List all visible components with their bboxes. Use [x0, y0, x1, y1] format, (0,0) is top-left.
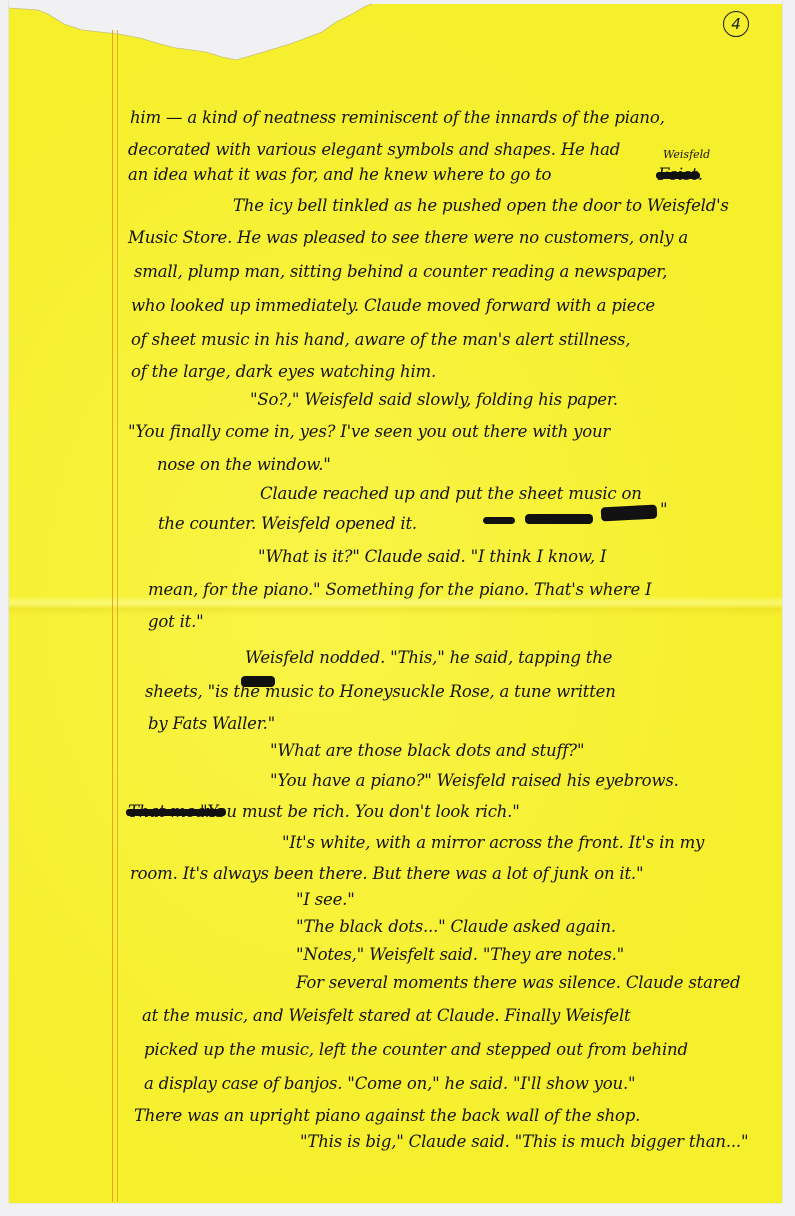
manuscript-line: "I see."	[296, 890, 355, 909]
manuscript-line: Weisfeld nodded. "This," he said, tappin…	[245, 648, 612, 667]
manuscript-line: "What is it?" Claude said. "I think I kn…	[258, 547, 606, 566]
manuscript-line: room. It's always been there. But there …	[130, 864, 643, 883]
insertion-above-line: Weisfeld	[663, 148, 710, 161]
manuscript-line: "So?," Weisfeld said slowly, folding his…	[250, 390, 618, 409]
manuscript-line: by Fats Waller."	[148, 714, 275, 733]
manuscript-line: "Notes," Weisfelt said. "They are notes.…	[296, 945, 624, 964]
manuscript-line: mean, for the piano." Something for the …	[148, 580, 651, 599]
struck-word: Feist.	[658, 165, 703, 184]
closing-quote: "	[660, 500, 667, 519]
struck-text: Feist	[658, 165, 698, 184]
manuscript-line: at the music, and Weisfelt stared at Cla…	[142, 1006, 630, 1025]
struck-text: That means	[128, 802, 224, 821]
manuscript-line: The icy bell tinkled as he pushed open t…	[233, 196, 729, 215]
manuscript-line: "What are those black dots and stuff?"	[270, 741, 584, 760]
manuscript-line: "The black dots..." Claude asked again.	[296, 917, 616, 936]
manuscript-line: sheets, "is the music to Honeysuckle Ros…	[145, 682, 616, 701]
manuscript-line: who looked up immediately. Claude moved …	[131, 296, 655, 315]
manuscript-line: small, plump man, sitting behind a count…	[134, 262, 667, 281]
manuscript-line: Music Store. He was pleased to see there…	[128, 228, 688, 247]
manuscript-line: "This is big," Claude said. "This is muc…	[300, 1132, 748, 1151]
struck-phrase: That means	[128, 802, 224, 821]
scribble-out-2	[525, 514, 593, 524]
scribble-out-1	[483, 517, 515, 524]
manuscript-line: of sheet music in his hand, aware of the…	[131, 330, 630, 349]
manuscript-line: "You finally come in, yes? I've seen you…	[128, 422, 610, 441]
manuscript-line: picked up the music, left the counter an…	[144, 1040, 688, 1059]
manuscript-line: got it."	[148, 612, 204, 631]
manuscript-line: nose on the window."	[157, 455, 331, 474]
manuscript-line: of the large, dark eyes watching him.	[131, 362, 436, 381]
scribble-out-sheet	[241, 676, 275, 687]
manuscript-line: an idea what it was for, and he knew whe…	[128, 165, 551, 184]
scribble-out-3	[601, 505, 658, 522]
page-number-circled: 4	[723, 11, 749, 37]
manuscript-line: "You must be rich. You don't look rich."	[200, 802, 520, 821]
manuscript-line: There was an upright piano against the b…	[134, 1106, 640, 1125]
margin-line-left	[112, 30, 113, 1202]
manuscript-line: "You have a piano?" Weisfeld raised his …	[270, 771, 679, 790]
manuscript-line: For several moments there was silence. C…	[296, 973, 740, 992]
torn-top-edge	[0, 0, 795, 70]
margin-line-right	[117, 30, 118, 1202]
manuscript-line: "It's white, with a mirror across the fr…	[282, 833, 704, 852]
manuscript-line: Claude reached up and put the sheet musi…	[260, 484, 642, 503]
manuscript-line: decorated with various elegant symbols a…	[128, 140, 620, 159]
manuscript-line: a display case of banjos. "Come on," he …	[144, 1074, 635, 1093]
manuscript-line: him — a kind of neatness reminiscent of …	[130, 108, 665, 127]
manuscript-line: the counter. Weisfeld opened it.	[158, 514, 417, 533]
